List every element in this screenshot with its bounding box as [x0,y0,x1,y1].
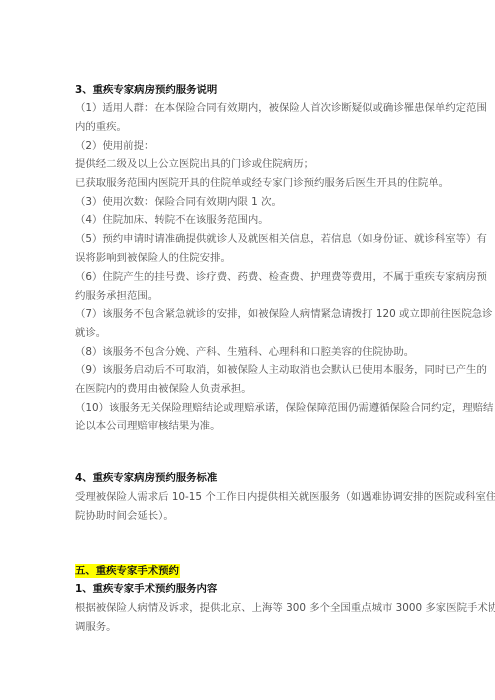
paragraph-line: 提供经二级及以上公立医院出具的门诊或住院病历； [75,157,314,171]
paragraph-line: （5）预约申请时请准确提供就诊人及就医相关信息，若信息（如身份证、就诊科室等）有 [75,232,487,246]
section-3-heading: 3、重疾专家病房预约服务说明 [75,83,217,97]
paragraph-line: （1）适用人群：在本保险合同有效期内，被保险人首次诊断疑似或确诊罹患保单约定范围 [75,101,487,115]
paragraph-line: 根据被保险人病情及诉求，提供北京、上海等 300 多个全国重点城市 3000 多… [75,601,495,615]
paragraph-line: （8）该服务不包含分娩、产科、生殖科、心理科和口腔美容的住院协助。 [75,345,414,359]
chapter-5-heading: 五、重疾专家手术预约 [75,564,180,578]
paragraph-line: 已获取服务范围内医院开具的住院单或经专家门诊预约服务后医生开具的住院单。 [75,176,449,190]
paragraph-line: 论以本公司理赔审核结果为准。 [75,419,220,433]
paragraph-line: 误将影响到被保险人的住院安排。 [75,251,231,265]
paragraph-line: 受理被保险人需求后 10-15 个工作日内提供相关就医服务（如遇难协调安排的医院… [75,490,495,504]
paragraph-line: 调服务。 [75,620,117,634]
paragraph-line: （3）使用次数：保险合同有效期内限 1 次。 [75,195,282,209]
paragraph-line: 在医院内的费用由被保险人负责承担。 [75,382,252,396]
section-4-heading: 4、重疾专家病房预约服务标准 [75,471,217,485]
paragraph-line: （10）该服务无关保险理赔结论或理赔承诺，保险保障范围仍需遵循保险合同约定，理赔… [75,401,493,415]
paragraph-line: （2）使用前提： [75,139,154,153]
paragraph-line: 就诊。 [75,326,106,340]
paragraph-line: 内的重疾。 [75,120,127,134]
paragraph-line: （7）该服务不包含紧急就诊的安排，如被保险人病情紧急请拨打 120 或立即前往医… [75,307,493,321]
subsection-1-heading: 1、重疾专家手术预约服务内容 [75,582,217,596]
paragraph-line: （4）住院加床、转院不在该服务范围内。 [75,213,269,227]
paragraph-line: 院协助时间会延长）。 [75,509,174,523]
paragraph-line: 约服务承担范围。 [75,289,158,303]
paragraph-line: （9）该服务启动后不可取消，如被保险人主动取消也会默认已使用本服务，同时已产生的 [75,363,487,377]
paragraph-line: （6）住院产生的挂号费、诊疗费、药费、检查费、护理费等费用，不属于重疾专家病房预 [75,270,487,284]
highlighted-heading-text: 五、重疾专家手术预约 [75,564,180,578]
